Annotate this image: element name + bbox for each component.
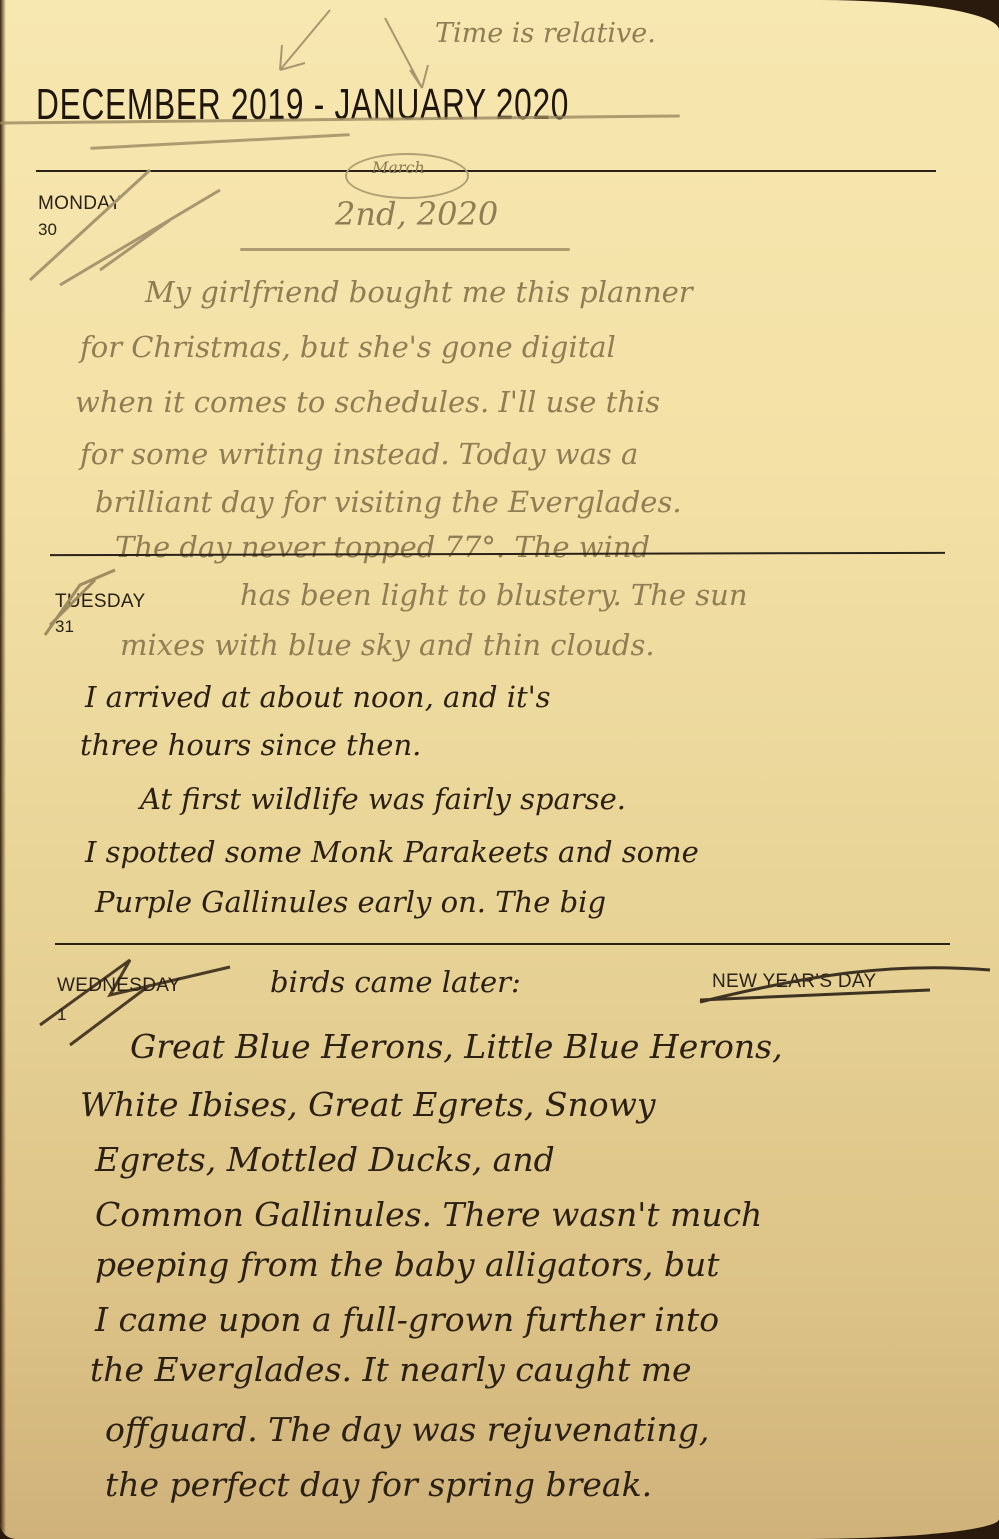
entry-line: birds came later: xyxy=(270,965,521,999)
date-correction: 2nd, 2020 xyxy=(335,195,498,233)
entry-line: Great Blue Herons, Little Blue Herons, xyxy=(130,1027,783,1066)
date-underline xyxy=(240,248,570,251)
strike-scribble-icon xyxy=(690,950,995,1010)
page-edge-shadow xyxy=(0,0,6,1539)
entry-line: Purple Gallinules early on. The big xyxy=(95,885,606,919)
entry-line: I spotted some Monk Parakeets and some xyxy=(85,835,699,869)
entry-line: mixes with blue sky and thin clouds. xyxy=(120,628,655,662)
entry-line: Egrets, Mottled Ducks, and xyxy=(95,1140,555,1179)
margin-note: Time is relative. xyxy=(435,18,656,49)
entry-line: when it comes to schedules. I'll use thi… xyxy=(75,385,660,419)
strike-scribble-icon xyxy=(35,565,125,645)
day-label-wednesday: WEDNESDAY xyxy=(57,975,181,997)
entry-line: the perfect day for spring break. xyxy=(105,1465,652,1504)
entry-line: I arrived at about noon, and it's xyxy=(85,680,551,714)
entry-line: The day never topped 77°. The wind xyxy=(115,530,650,564)
entry-line: three hours since then. xyxy=(80,728,421,762)
day-number-wednesday: 1 xyxy=(57,1005,66,1025)
entry-line: brilliant day for visiting the Everglade… xyxy=(95,485,682,519)
circled-month: March xyxy=(372,158,425,177)
planner-page: Time is relative. DECEMBER 2019 - JANUAR… xyxy=(0,0,999,1539)
entry-line: for some writing instead. Today was a xyxy=(80,437,638,471)
entry-line: My girlfriend bought me this planner xyxy=(145,275,693,309)
entry-line: peeping from the baby alligators, but xyxy=(95,1245,720,1284)
arrow-down-left-icon xyxy=(260,5,340,85)
entry-line: for Christmas, but she's gone digital xyxy=(80,330,616,364)
entry-line: has been light to blustery. The sun xyxy=(240,578,748,612)
entry-line: offguard. The day was rejuvenating, xyxy=(105,1410,709,1449)
title-strikethrough-2 xyxy=(90,133,350,150)
strike-scribble-icon xyxy=(20,160,250,290)
entry-line: I came upon a full-grown further into xyxy=(95,1300,719,1339)
entry-line: At first wildlife was fairly sparse. xyxy=(140,782,626,816)
entry-line: the Everglades. It nearly caught me xyxy=(90,1350,692,1389)
entry-line: White Ibises, Great Egrets, Snowy xyxy=(80,1085,656,1124)
entry-line: Common Gallinules. There wasn't much xyxy=(95,1195,762,1234)
